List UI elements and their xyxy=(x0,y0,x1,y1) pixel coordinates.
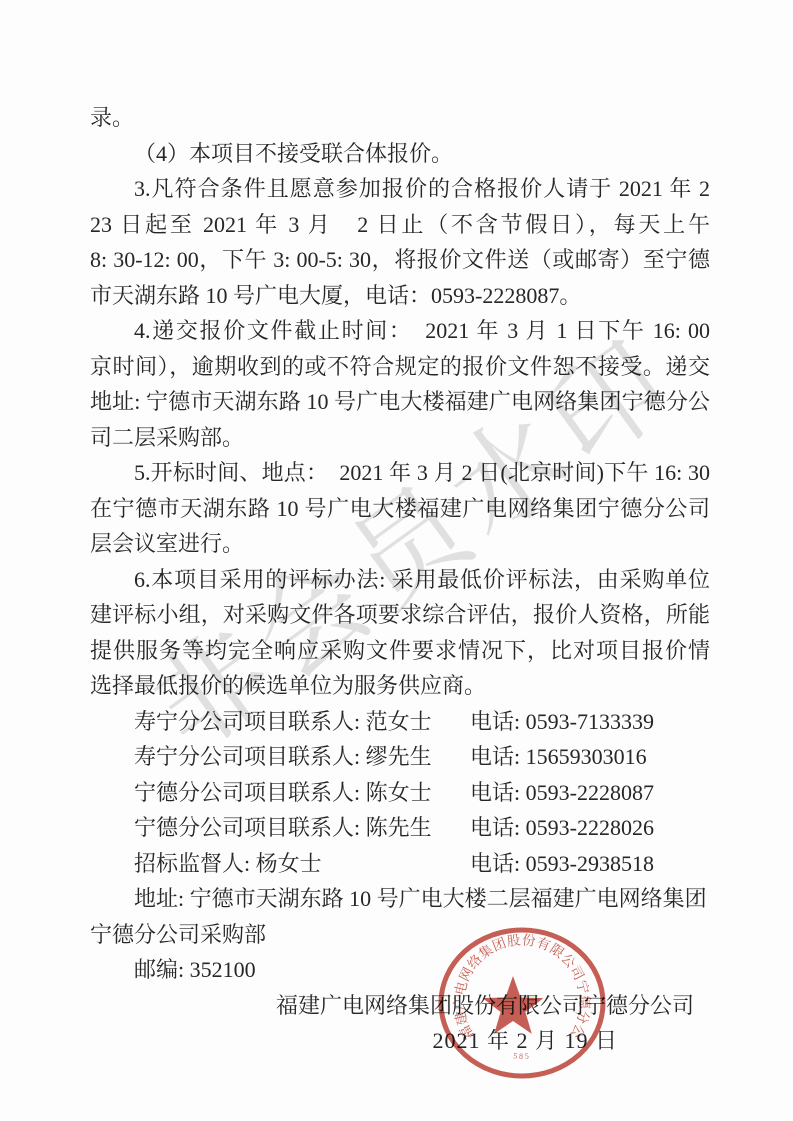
text-line: 3.凡符合条件且愿意参加报价的合格报价人请于 2021 年 2 月 xyxy=(90,171,710,207)
address-line: 邮编: 352100 xyxy=(90,952,710,988)
signature-company: 福建广电网络集团股份有限公司宁德分公司 xyxy=(90,988,710,1024)
address-line: 地址: 宁德市天湖东路 10 号广电大楼二层福建广电网络集团 xyxy=(90,881,710,917)
address-line: 宁德分公司采购部 xyxy=(90,917,710,953)
contact-row: 寿宁分公司项目联系人: 缪先生电话: 15659303016 xyxy=(90,739,710,775)
contact-phone: 电话: 0593-7133339 xyxy=(470,704,654,740)
contact-row: 招标监督人: 杨女士电话: 0593-2938518 xyxy=(90,846,710,882)
text-line: 地址: 宁德市天湖东路 10 号广电大楼福建广电网络集团宁德分公 xyxy=(90,384,710,420)
contact-label: 招标监督人: 杨女士 xyxy=(134,851,322,876)
text-line: 录。 xyxy=(90,100,710,136)
contact-label: 宁德分公司项目联系人: 陈女士 xyxy=(134,780,432,805)
contact-phone: 电话: 15659303016 xyxy=(470,739,647,775)
contact-phone: 电话: 0593-2228087 xyxy=(470,775,654,811)
contact-label: 寿宁分公司项目联系人: 范女士 xyxy=(134,709,432,734)
text-line: （4）本项目不接受联合体报价。 xyxy=(90,136,710,172)
contact-label: 宁德分公司项目联系人: 陈先生 xyxy=(134,815,432,840)
company-seal-stamp: 福建广电网络集团股份有限公司宁德分公司 585 xyxy=(437,926,607,1082)
signature-date: 2021 年 2 月 19 日 xyxy=(90,1023,710,1059)
text-line: 5.开标时间、地点： 2021 年 3 月 2 日(北京时间)下午 16: 30 xyxy=(90,455,710,491)
text-line: 4.递交报价文件截止时间： 2021 年 3 月 1 日下午 16: 00（北 xyxy=(90,313,710,349)
address-block: 地址: 宁德市天湖东路 10 号广电大楼二层福建广电网络集团宁德分公司采购部邮编… xyxy=(90,881,710,988)
text-line: 6.本项目采用的评标办法: 采用最低价评标法，由采购单位组 xyxy=(90,562,710,598)
body-paragraph-lines: 录。（4）本项目不接受联合体报价。3.凡符合条件且愿意参加报价的合格报价人请于 … xyxy=(90,100,710,704)
text-line: 司二层采购部。 xyxy=(90,420,710,456)
contact-row: 宁德分公司项目联系人: 陈先生电话: 0593-2228026 xyxy=(90,810,710,846)
text-line: 层会议室进行。 xyxy=(90,526,710,562)
text-line: 选择最低报价的候选单位为服务供应商。 xyxy=(90,668,710,704)
text-line: 京时间），逾期收到的或不符合规定的报价文件恕不接受。递交 xyxy=(90,349,710,385)
contact-row: 宁德分公司项目联系人: 陈女士电话: 0593-2228087 xyxy=(90,775,710,811)
text-line: 提供服务等均完全响应采购文件要求情况下，比对项目报价情况， xyxy=(90,633,710,669)
contact-phone: 电话: 0593-2228026 xyxy=(470,810,654,846)
contact-row: 寿宁分公司项目联系人: 范女士电话: 0593-7133339 xyxy=(90,704,710,740)
text-line: 市天湖东路 10 号广电大厦，电话：0593-2228087。 xyxy=(90,278,710,314)
text-line: 在宁德市天湖东路 10 号广电大楼福建广电网络集团宁德分公司二 xyxy=(90,491,710,527)
document-page: 非会员水印 录。（4）本项目不接受联合体报价。3.凡符合条件且愿意参加报价的合格… xyxy=(0,0,793,1121)
seal-code: 585 xyxy=(513,1051,531,1061)
contact-phone: 电话: 0593-2938518 xyxy=(470,846,654,882)
text-line: 23 日起至 2021 年 3 月 2 日止（不含节假日），每天上午 xyxy=(90,207,710,243)
text-line: 8: 30-12: 00，下午 3: 00-5: 30，将报价文件送（或邮寄）至… xyxy=(90,242,710,278)
document-content: 录。（4）本项目不接受联合体报价。3.凡符合条件且愿意参加报价的合格报价人请于 … xyxy=(90,100,710,1059)
contact-label: 寿宁分公司项目联系人: 缪先生 xyxy=(134,744,432,769)
text-line: 建评标小组，对采购文件各项要求综合评估，报价人资格，所能 xyxy=(90,597,710,633)
contact-list: 寿宁分公司项目联系人: 范女士电话: 0593-7133339寿宁分公司项目联系… xyxy=(90,704,710,882)
seal-star-icon xyxy=(483,976,544,1034)
